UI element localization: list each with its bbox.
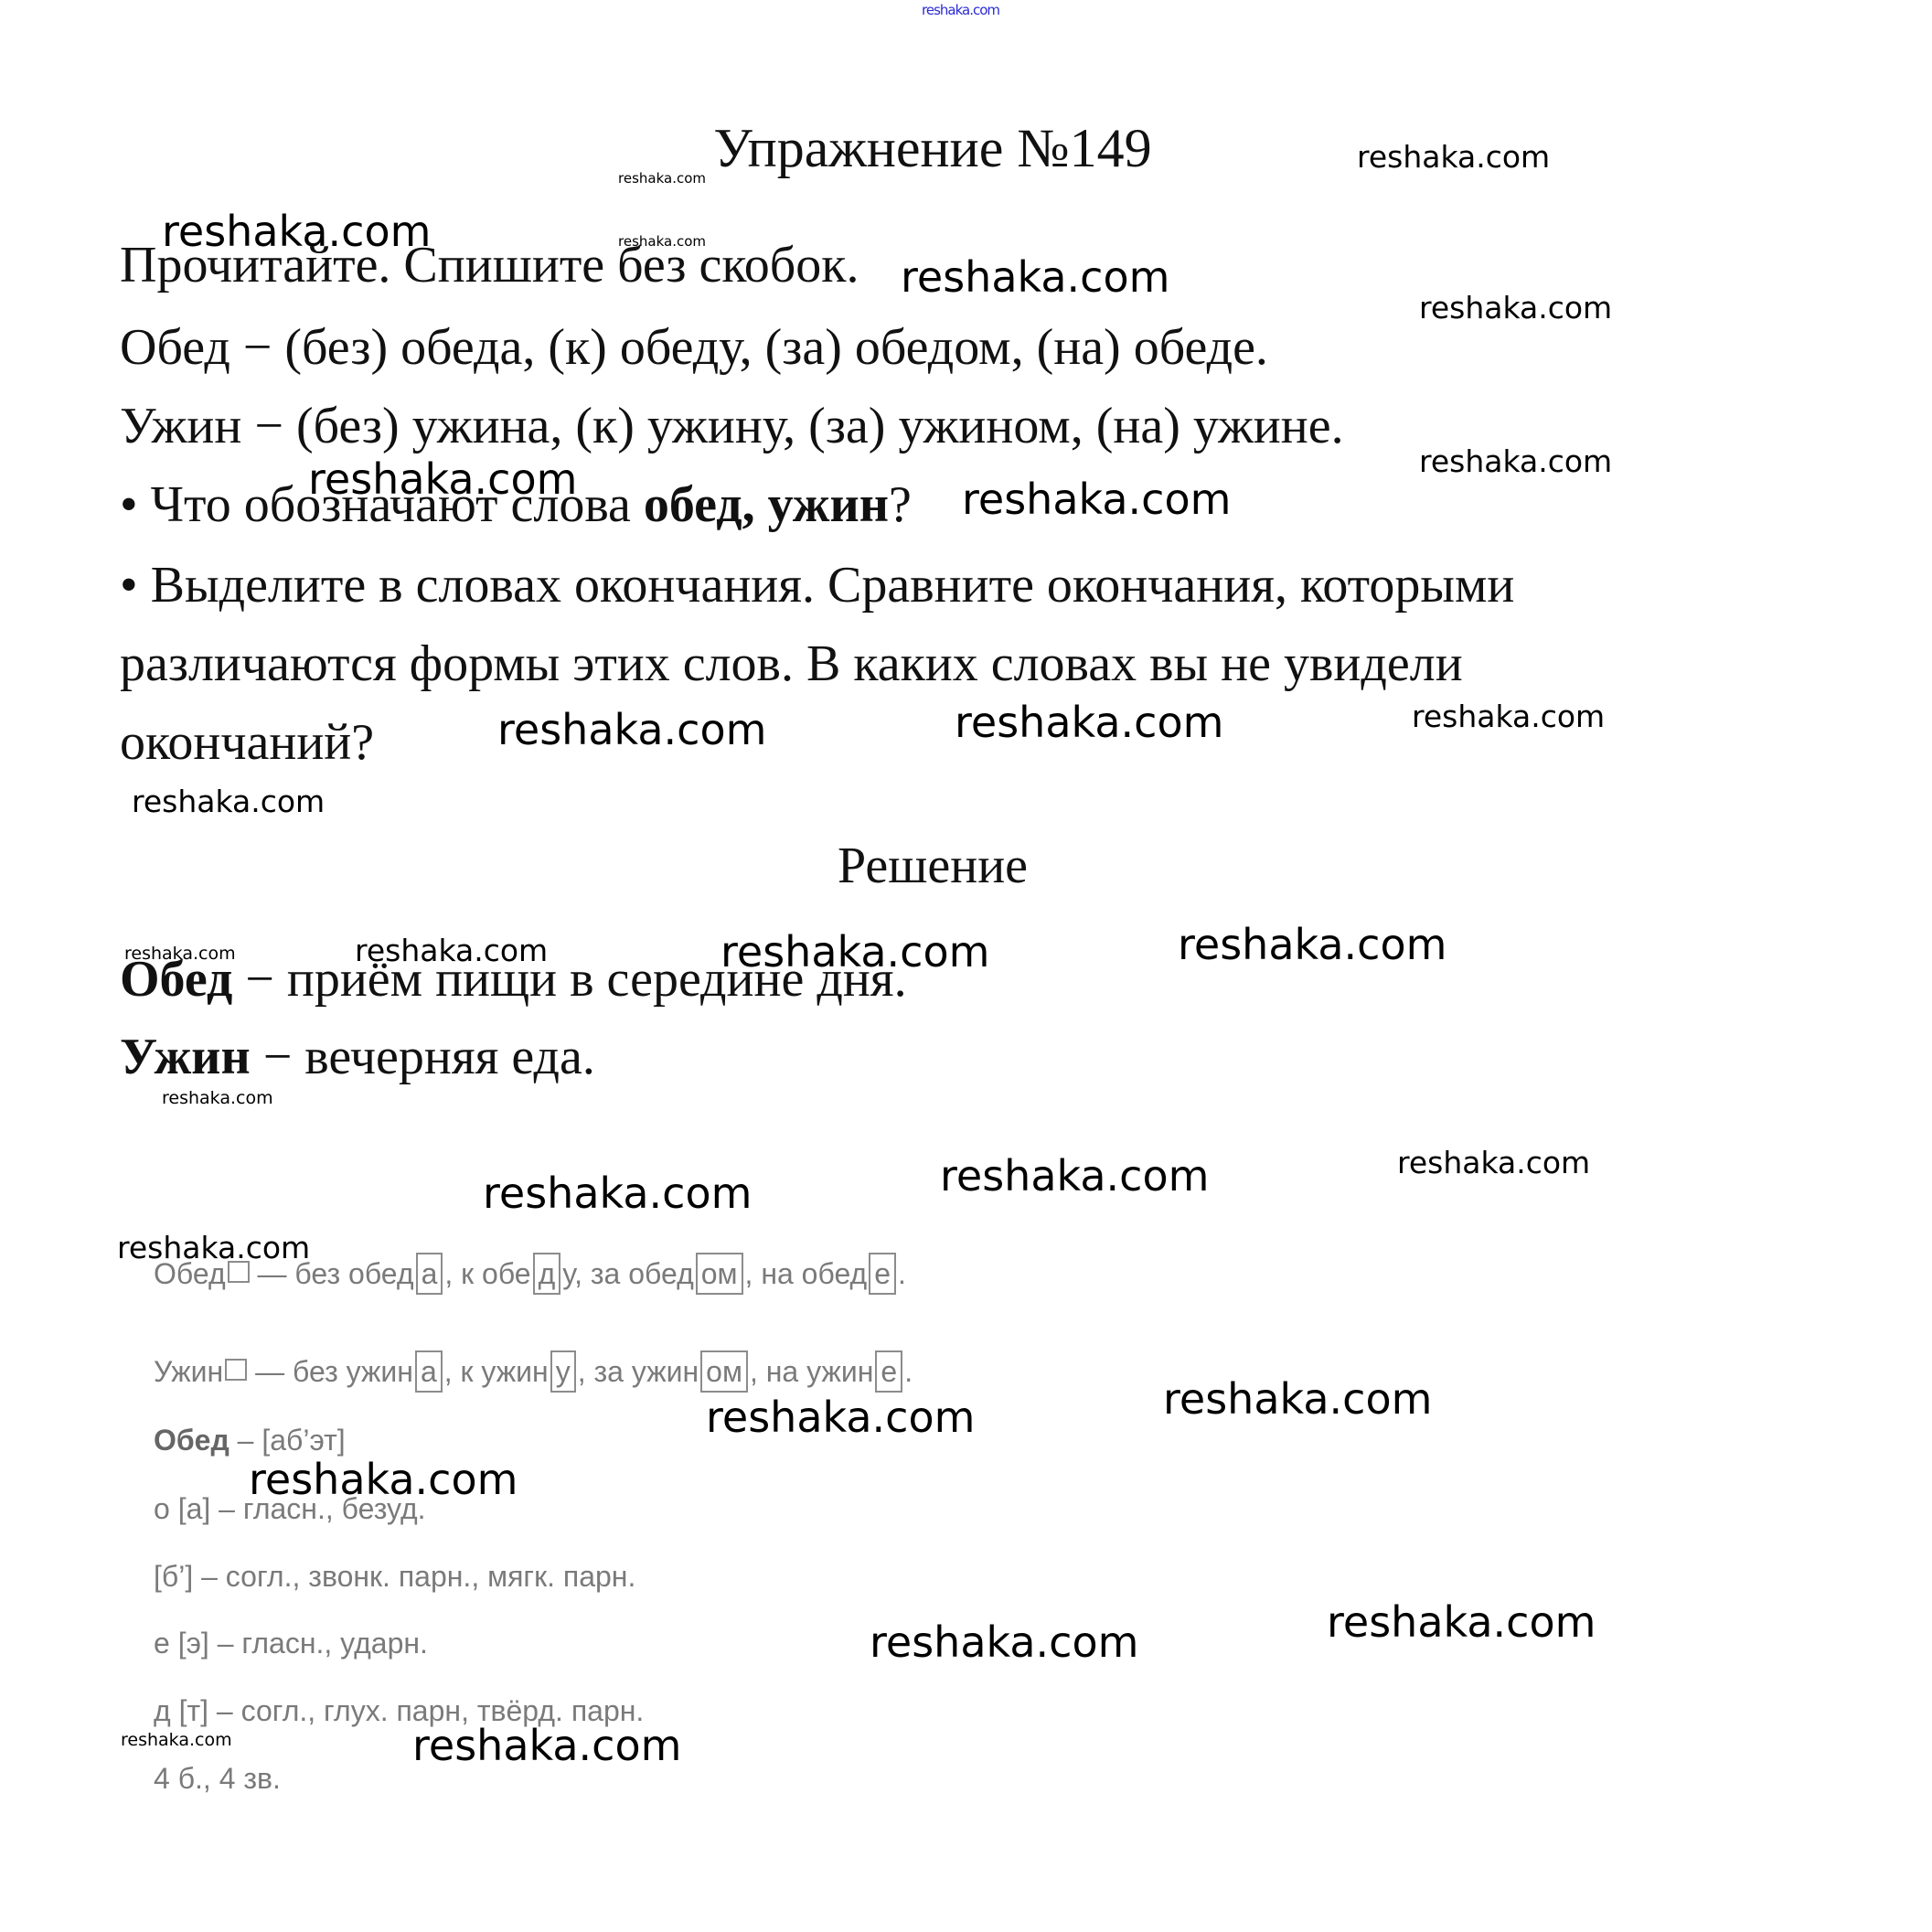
watermark: reshaka.com <box>497 705 766 754</box>
exercise-question-2-line-1: • Выделите в словах окончания. Сравните … <box>120 560 1514 611</box>
watermark: reshaka.com <box>618 170 706 187</box>
watermark: reshaka.com <box>1178 920 1446 969</box>
empty-ending-box <box>225 1359 247 1381</box>
watermark: reshaka.com <box>412 1721 681 1770</box>
watermark: reshaka.com <box>706 1393 975 1442</box>
ending-box: у <box>550 1350 576 1393</box>
exercise-line-uzhin: Ужин − (без) ужина, (к) ужину, (за) ужин… <box>120 400 1344 452</box>
phonetic-transcription: – [аб’эт] <box>229 1424 346 1457</box>
word: Ужин <box>154 1355 223 1388</box>
watermark: reshaka.com <box>1397 1145 1590 1180</box>
watermark: reshaka.com <box>132 784 325 819</box>
phonetic-summary: 4 б., 4 зв. <box>154 1762 281 1796</box>
solution-heading: Решение <box>0 837 1865 895</box>
watermark: reshaka.com <box>1327 1597 1596 1647</box>
exercise-question-2-line-2: различаются формы этих слов. В каких сло… <box>120 638 1463 689</box>
watermark: reshaka.com <box>1412 699 1605 734</box>
text: . <box>898 1257 906 1290</box>
watermark: reshaka.com <box>249 1455 518 1504</box>
text: у, за обед <box>562 1257 693 1290</box>
text: — без ужин <box>247 1355 413 1388</box>
phonetic-line: [б’] – согл., звонк. парн., мягк. парн. <box>154 1560 635 1594</box>
ending-box: д <box>533 1253 561 1295</box>
watermark: reshaka.com <box>355 933 548 968</box>
phonetic-title: Обед – [аб’эт] <box>154 1424 346 1457</box>
text: , за ужин <box>578 1355 699 1388</box>
ending-box: а <box>415 1350 443 1393</box>
text: , к обе <box>444 1257 530 1290</box>
ending-box: е <box>869 1253 896 1295</box>
watermark: reshaka.com <box>955 698 1223 747</box>
ending-box: а <box>416 1253 443 1295</box>
text: , на обед <box>745 1257 868 1290</box>
watermark: reshaka.com <box>618 233 706 250</box>
solution-definition-uzhin: Ужин − вечерняя еда. <box>120 1031 595 1083</box>
exercise-question-2-line-3: окончаний? <box>120 717 374 768</box>
phonetic-line: е [э] – гласн., ударн. <box>154 1627 428 1660</box>
site-link-top[interactable]: reshaka.com <box>922 2 999 18</box>
ending-box: е <box>875 1350 902 1393</box>
watermark: reshaka.com <box>483 1169 752 1218</box>
watermark: reshaka.com <box>124 944 236 964</box>
watermark: reshaka.com <box>940 1151 1209 1201</box>
question-1-bold-words: обед, ужин <box>644 476 889 533</box>
watermark: reshaka.com <box>121 1730 232 1750</box>
page-title: Упражнение №149 <box>0 117 1865 180</box>
watermark: reshaka.com <box>1357 139 1550 175</box>
watermark: reshaka.com <box>870 1617 1138 1667</box>
watermark: reshaka.com <box>962 475 1231 524</box>
watermark: reshaka.com <box>162 207 431 256</box>
exercise-line-obed: Обед − (без) обеда, (к) обеду, (за) обед… <box>120 322 1268 373</box>
watermark: reshaka.com <box>1419 290 1612 326</box>
watermark: reshaka.com <box>1419 443 1612 479</box>
watermark: reshaka.com <box>308 454 577 504</box>
text: . <box>904 1355 913 1388</box>
definition-term: Ужин <box>120 1029 251 1085</box>
ending-box: ом <box>696 1253 743 1295</box>
watermark: reshaka.com <box>720 927 989 977</box>
endings-row-uzhin: Ужин — без ужина, к ужину, за ужином, на… <box>154 1350 913 1393</box>
phonetic-word: Обед <box>154 1424 229 1457</box>
watermark: reshaka.com <box>117 1230 310 1265</box>
definition-text: − вечерняя еда. <box>251 1029 595 1085</box>
watermark: reshaka.com <box>901 252 1169 302</box>
watermark: reshaka.com <box>162 1088 273 1108</box>
text: , к ужин <box>444 1355 549 1388</box>
ending-box: ом <box>700 1350 748 1393</box>
question-1-suffix: ? <box>889 476 912 533</box>
text: , на ужин <box>750 1355 873 1388</box>
watermark: reshaka.com <box>1163 1374 1432 1424</box>
